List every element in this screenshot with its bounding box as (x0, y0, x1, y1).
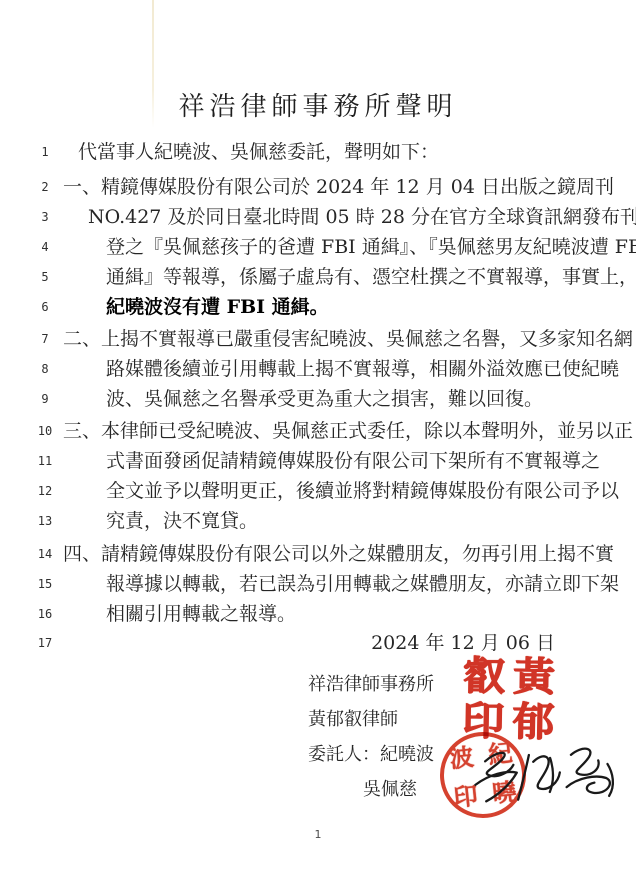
line-number: 3 (34, 202, 56, 232)
line-number: 8 (34, 354, 56, 384)
line-number: 4 (34, 232, 56, 262)
body-line: 報導據以轉載，若已誤為引用轉載之媒體朋友，亦請立即下架 (106, 569, 619, 599)
body-line: 二、上揭不實報導已嚴重侵害紀曉波、吳佩慈之名譽，又多家知名網 (63, 324, 633, 354)
line-number: 15 (34, 569, 56, 599)
seal-character: 叡 (458, 653, 511, 699)
body-line: 三、本律師已受紀曉波、吳佩慈正式委任，除以本聲明外，並另以正 (63, 416, 633, 446)
line-number: 16 (34, 599, 56, 629)
law-firm-name: 祥浩律師事務所 (308, 672, 434, 698)
line-number: 17 (34, 628, 56, 658)
line-number: 5 (34, 262, 56, 292)
body-line: 一、精鏡傳媒股份有限公司於 2024 年 12 月 04 日出版之鏡周刊 (63, 172, 614, 202)
line-number: 7 (34, 324, 56, 354)
line-number: 11 (34, 446, 56, 476)
line-number: 1 (34, 137, 56, 167)
body-line: 路媒體後續並引用轉載上揭不實報導，相關外溢效應已使紀曉 (106, 354, 619, 384)
body-line: 通緝』等報導，係屬子虛烏有、憑空杜撰之不實報導，事實上， (106, 262, 636, 292)
line-number: 6 (34, 292, 56, 322)
body-line: 究責，決不寬貸。 (106, 506, 258, 536)
body-line: 相關引用轉載之報導。 (106, 599, 296, 629)
seal-character: 黃 (507, 654, 560, 700)
body-line: NO.427 及於同日臺北時間 05 時 28 分在官方全球資訊網發布刊 (88, 202, 636, 232)
client-name-2: 吳佩慈 (363, 777, 417, 803)
line-number: 2 (34, 172, 56, 202)
handwritten-signature (468, 736, 630, 816)
square-red-seal: 叡 黃 印 郁 (458, 653, 559, 745)
body-line: 代當事人紀曉波、吳佩慈委託，聲明如下： (78, 137, 439, 167)
line-number: 12 (34, 476, 56, 506)
body-line: 四、請精鏡傳媒股份有限公司以外之媒體朋友，勿再引用上揭不實 (63, 539, 614, 569)
body-line-emphasized: 紀曉波沒有遭 FBI 通緝。 (106, 292, 329, 322)
line-number: 14 (34, 539, 56, 569)
body-line: 波、吳佩慈之名譽承受更為重大之損害，難以回復。 (106, 384, 543, 414)
line-number: 9 (34, 384, 56, 414)
line-number: 10 (34, 416, 56, 446)
lawyer-name: 黃郁叡律師 (308, 707, 398, 733)
scanned-legal-statement: 祥浩律師事務所聲明 1 代當事人紀曉波、吳佩慈委託，聲明如下： 2 一、精鏡傳媒… (0, 0, 636, 871)
body-line: 全文並予以聲明更正，後續並將對精鏡傳媒股份有限公司予以 (106, 476, 619, 506)
document-title: 祥浩律師事務所聲明 (0, 86, 636, 123)
client-name-line: 委託人：紀曉波 (308, 742, 434, 768)
page-number: 1 (300, 828, 336, 841)
body-line: 登之『吳佩慈孩子的爸遭 FBI 通緝』、『吳佩慈男友紀曉波遭 FBI (106, 232, 636, 262)
line-number: 13 (34, 506, 56, 536)
body-line: 式書面發函促請精鏡傳媒股份有限公司下架所有不實報導之 (106, 446, 600, 476)
